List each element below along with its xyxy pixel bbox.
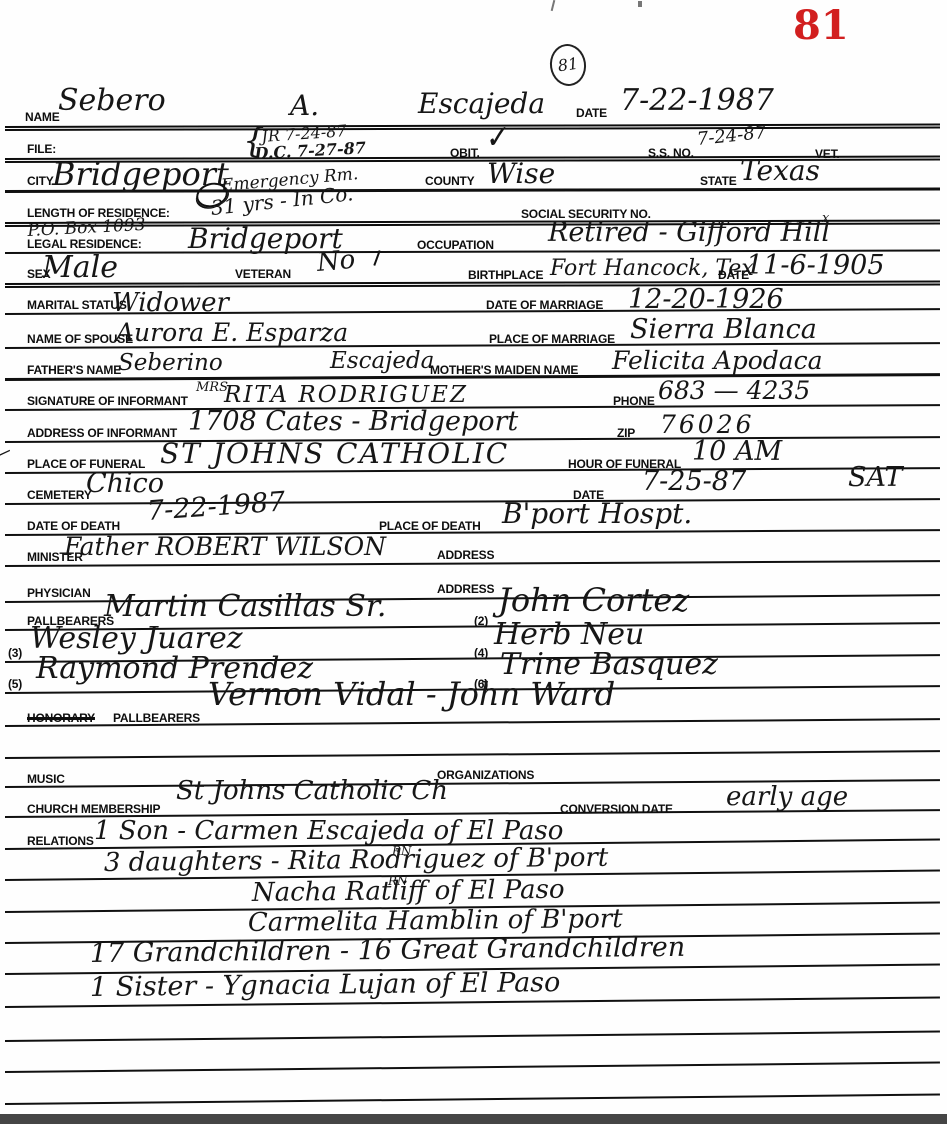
marriage-place-label: PLACE OF MARRIAGE bbox=[489, 332, 615, 346]
legal-residence-label: LEGAL RESIDENCE: bbox=[27, 237, 142, 251]
conversion-date-value: early age bbox=[726, 784, 848, 810]
church-membership-value: St Johns Catholic Ch bbox=[176, 778, 448, 804]
circled-page-number: 81 bbox=[547, 42, 588, 89]
death-place-value: B'port Hospt. bbox=[502, 500, 692, 528]
phone-label: PHONE bbox=[613, 394, 655, 408]
honorary-pallbearers-value: Vernon Vidal - John Ward bbox=[208, 678, 615, 710]
ssn-value: 7-24-87 bbox=[696, 124, 767, 149]
pallbearer-1-value: Martin Casillas Sr. bbox=[104, 592, 386, 622]
mother-maiden-value: Felicita Apodaca bbox=[612, 348, 823, 373]
name-middle-value: A. bbox=[290, 92, 319, 120]
state-label: STATE bbox=[700, 174, 737, 188]
birth-date-label: DATE bbox=[718, 268, 749, 282]
zip-label: ZIP bbox=[617, 426, 635, 440]
father-last-value: Escajeda bbox=[330, 350, 434, 373]
occupation-label: OCCUPATION bbox=[417, 238, 494, 252]
rule-blank-2 bbox=[5, 1031, 940, 1042]
pallbearer-2-value: John Cortez bbox=[498, 584, 689, 616]
spouse-value: Aurora E. Esparza bbox=[116, 320, 348, 345]
relations-line-4: Carmelita Hamblin of B'port bbox=[248, 906, 623, 936]
informant-address-value: 1708 Cates - Bridgeport bbox=[188, 408, 518, 435]
pallbearer-3-number: (3) bbox=[8, 646, 22, 660]
birthplace-label: BIRTHPLACE bbox=[468, 268, 543, 282]
relations-line-3: Nacha Ratliff of El Paso bbox=[252, 877, 565, 906]
obit-label: OBIT. bbox=[450, 146, 480, 160]
minister-value: Father ROBERT WILSON bbox=[64, 534, 386, 559]
pallbearer-2-number: (2) bbox=[474, 614, 488, 628]
organizations-label: ORGANIZATIONS bbox=[437, 768, 534, 782]
name-date-value: 7-22-1987 bbox=[620, 86, 774, 116]
conversion-date-label: CONVERSION DATE bbox=[560, 802, 673, 816]
mother-maiden-label: MOTHER'S MAIDEN NAME bbox=[430, 363, 578, 377]
veteran-label: VETERAN bbox=[235, 267, 291, 281]
cemetery-label: CEMETERY bbox=[27, 488, 92, 502]
death-date-value: 7-22-1987 bbox=[146, 488, 286, 525]
funeral-hour-value: 10 AM bbox=[692, 438, 782, 465]
cemetery-day-value: SAT bbox=[848, 464, 903, 491]
death-date-label: DATE OF DEATH bbox=[27, 519, 120, 533]
minister-address-label: ADDRESS bbox=[437, 548, 494, 562]
marital-status-value: Widower bbox=[112, 290, 229, 316]
father-first-value: Seberino bbox=[118, 352, 223, 375]
rule-blank-3 bbox=[5, 1062, 940, 1073]
pallbearer-4-value: Herb Neu bbox=[494, 620, 644, 650]
sex-value: Male bbox=[42, 253, 118, 283]
scan-speck bbox=[551, 0, 556, 11]
pallbearer-5-number: (5) bbox=[8, 677, 22, 691]
hill-x-mark: x bbox=[822, 212, 829, 225]
rule-blank-1 bbox=[5, 750, 940, 759]
funeral-place-value: ST JOHNS CATHOLIC bbox=[160, 440, 509, 468]
honorary-struck-label: HONORARY bbox=[27, 711, 95, 725]
red-page-number: 81 bbox=[793, 2, 849, 49]
honorary-pallbearers-label: PALLBEARERS bbox=[113, 711, 200, 725]
informant-address-label: ADDRESS OF INFORMANT bbox=[27, 426, 177, 440]
phone-value: 683 — 4235 bbox=[658, 378, 810, 403]
state-value: Texas bbox=[740, 157, 820, 185]
cemetery-value: Chico bbox=[86, 470, 164, 497]
death-place-label: PLACE OF DEATH bbox=[379, 519, 481, 533]
marriage-date-value: 12-20-1926 bbox=[628, 286, 784, 313]
name-last-value: Escajeda bbox=[418, 90, 545, 118]
relations-line-2-note: RN bbox=[392, 845, 412, 857]
city-label: CITY bbox=[27, 174, 54, 188]
physician-label: PHYSICIAN bbox=[27, 586, 91, 600]
occupation-value: Retired - Gifford Hill bbox=[548, 219, 830, 246]
county-value: Wise bbox=[487, 160, 555, 188]
relations-line-5: 17 Grandchildren - 16 Great Grandchildre… bbox=[90, 934, 686, 967]
marriage-date-label: DATE OF MARRIAGE bbox=[486, 298, 603, 312]
informant-signature-label: SIGNATURE OF INFORMANT bbox=[27, 394, 188, 408]
informant-signature-value: RITA RODRIGUEZ bbox=[224, 384, 468, 407]
birth-date-value: 11-6-1905 bbox=[746, 252, 885, 279]
father-name-label: FATHER'S NAME bbox=[27, 363, 121, 377]
rule-blank-4 bbox=[5, 1094, 940, 1105]
file-label: FILE: bbox=[27, 142, 56, 156]
name-first-value: Sebero bbox=[58, 86, 166, 116]
cemetery-date-value: 7-25-87 bbox=[642, 468, 746, 495]
county-label: COUNTY bbox=[425, 174, 474, 188]
ssn-label: S.S. NO. bbox=[648, 146, 694, 160]
relations-line-2: 3 daughters - Rita Rodriguez of B'port bbox=[104, 845, 609, 876]
pallbearer-4-number: (4) bbox=[474, 646, 488, 660]
marriage-place-value: Sierra Blanca bbox=[630, 316, 817, 343]
church-membership-label: CHURCH MEMBERSHIP bbox=[27, 802, 160, 816]
physician-address-label: ADDRESS bbox=[437, 582, 494, 596]
name-date-label: DATE bbox=[576, 106, 607, 120]
relations-label: RELATIONS bbox=[27, 834, 94, 848]
veteran-value: No bbox=[316, 247, 357, 276]
name-label: NAME bbox=[25, 110, 60, 124]
scan-speck bbox=[638, 1, 642, 7]
relations-line-1: 1 Son - Carmen Escajeda of El Paso bbox=[94, 818, 563, 844]
relations-line-6: 1 Sister - Ygnacia Lujan of El Paso bbox=[90, 969, 561, 1001]
relations-line-3-note: RN bbox=[388, 875, 408, 887]
pallbearer-3-value: Wesley Juarez bbox=[30, 624, 243, 654]
music-label: MUSIC bbox=[27, 772, 65, 786]
rule-name bbox=[5, 124, 940, 131]
zip-value: 76026 bbox=[660, 412, 755, 437]
circled-page-number-text: 81 bbox=[557, 56, 579, 75]
scan-bottom-edge bbox=[0, 1114, 947, 1124]
margin-dash-mark: — bbox=[0, 439, 14, 466]
funeral-record-scan: 81 81 NAME Sebero A. Escajeda DATE 7-22-… bbox=[0, 0, 947, 1124]
